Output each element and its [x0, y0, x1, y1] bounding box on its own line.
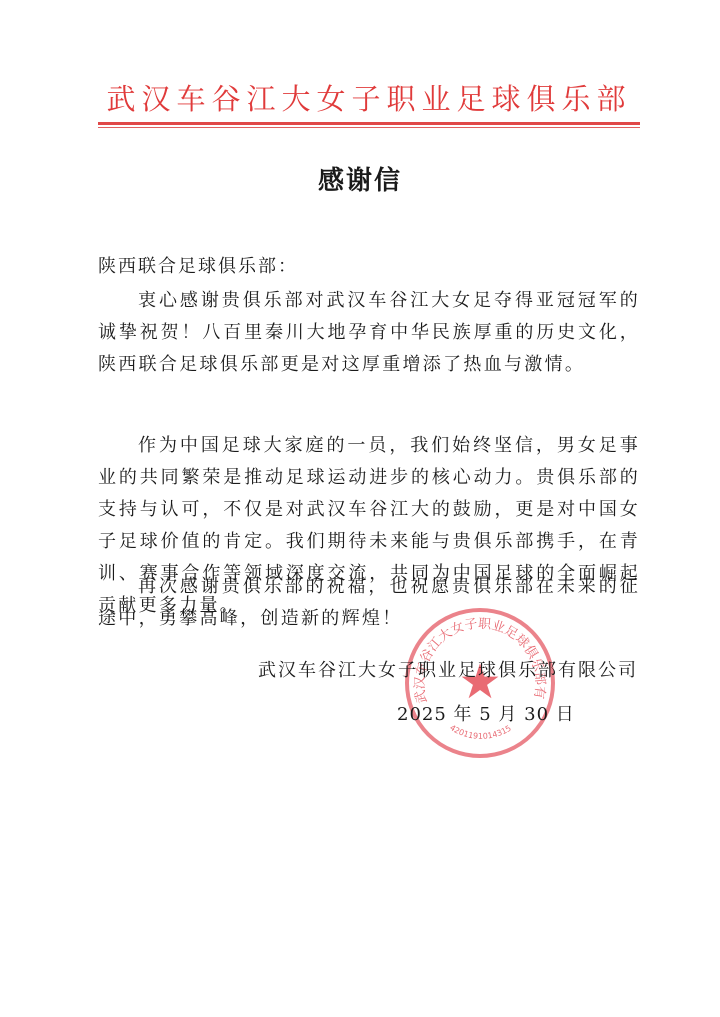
paragraph-1: 衷心感谢贵俱乐部对武汉车谷江大女足夺得亚冠冠军的诚挚祝贺！八百里秦川大地孕育中华… [98, 285, 640, 381]
official-seal: 武汉车谷江大女子职业足球俱乐部有限公司 4201191014315 ★ [405, 608, 555, 758]
letterhead-rule-thin [98, 127, 640, 128]
signature-org: 武汉车谷江大女子职业足球俱乐部有限公司 [258, 656, 638, 682]
signature-date: 2025 年 5 月 30 日 [397, 700, 575, 726]
salutation: 陕西联合足球俱乐部： [98, 252, 298, 278]
letterhead-rule-thick [98, 122, 640, 125]
paragraph-3: 再次感谢贵俱乐部的祝福，也祝愿贵俱乐部在未来的征途中，勇攀高峰，创造新的辉煌！ [98, 571, 640, 635]
letter-title: 感谢信 [0, 160, 720, 197]
letterhead-org-name: 武汉车谷江大女子职业足球俱乐部 [98, 78, 640, 120]
